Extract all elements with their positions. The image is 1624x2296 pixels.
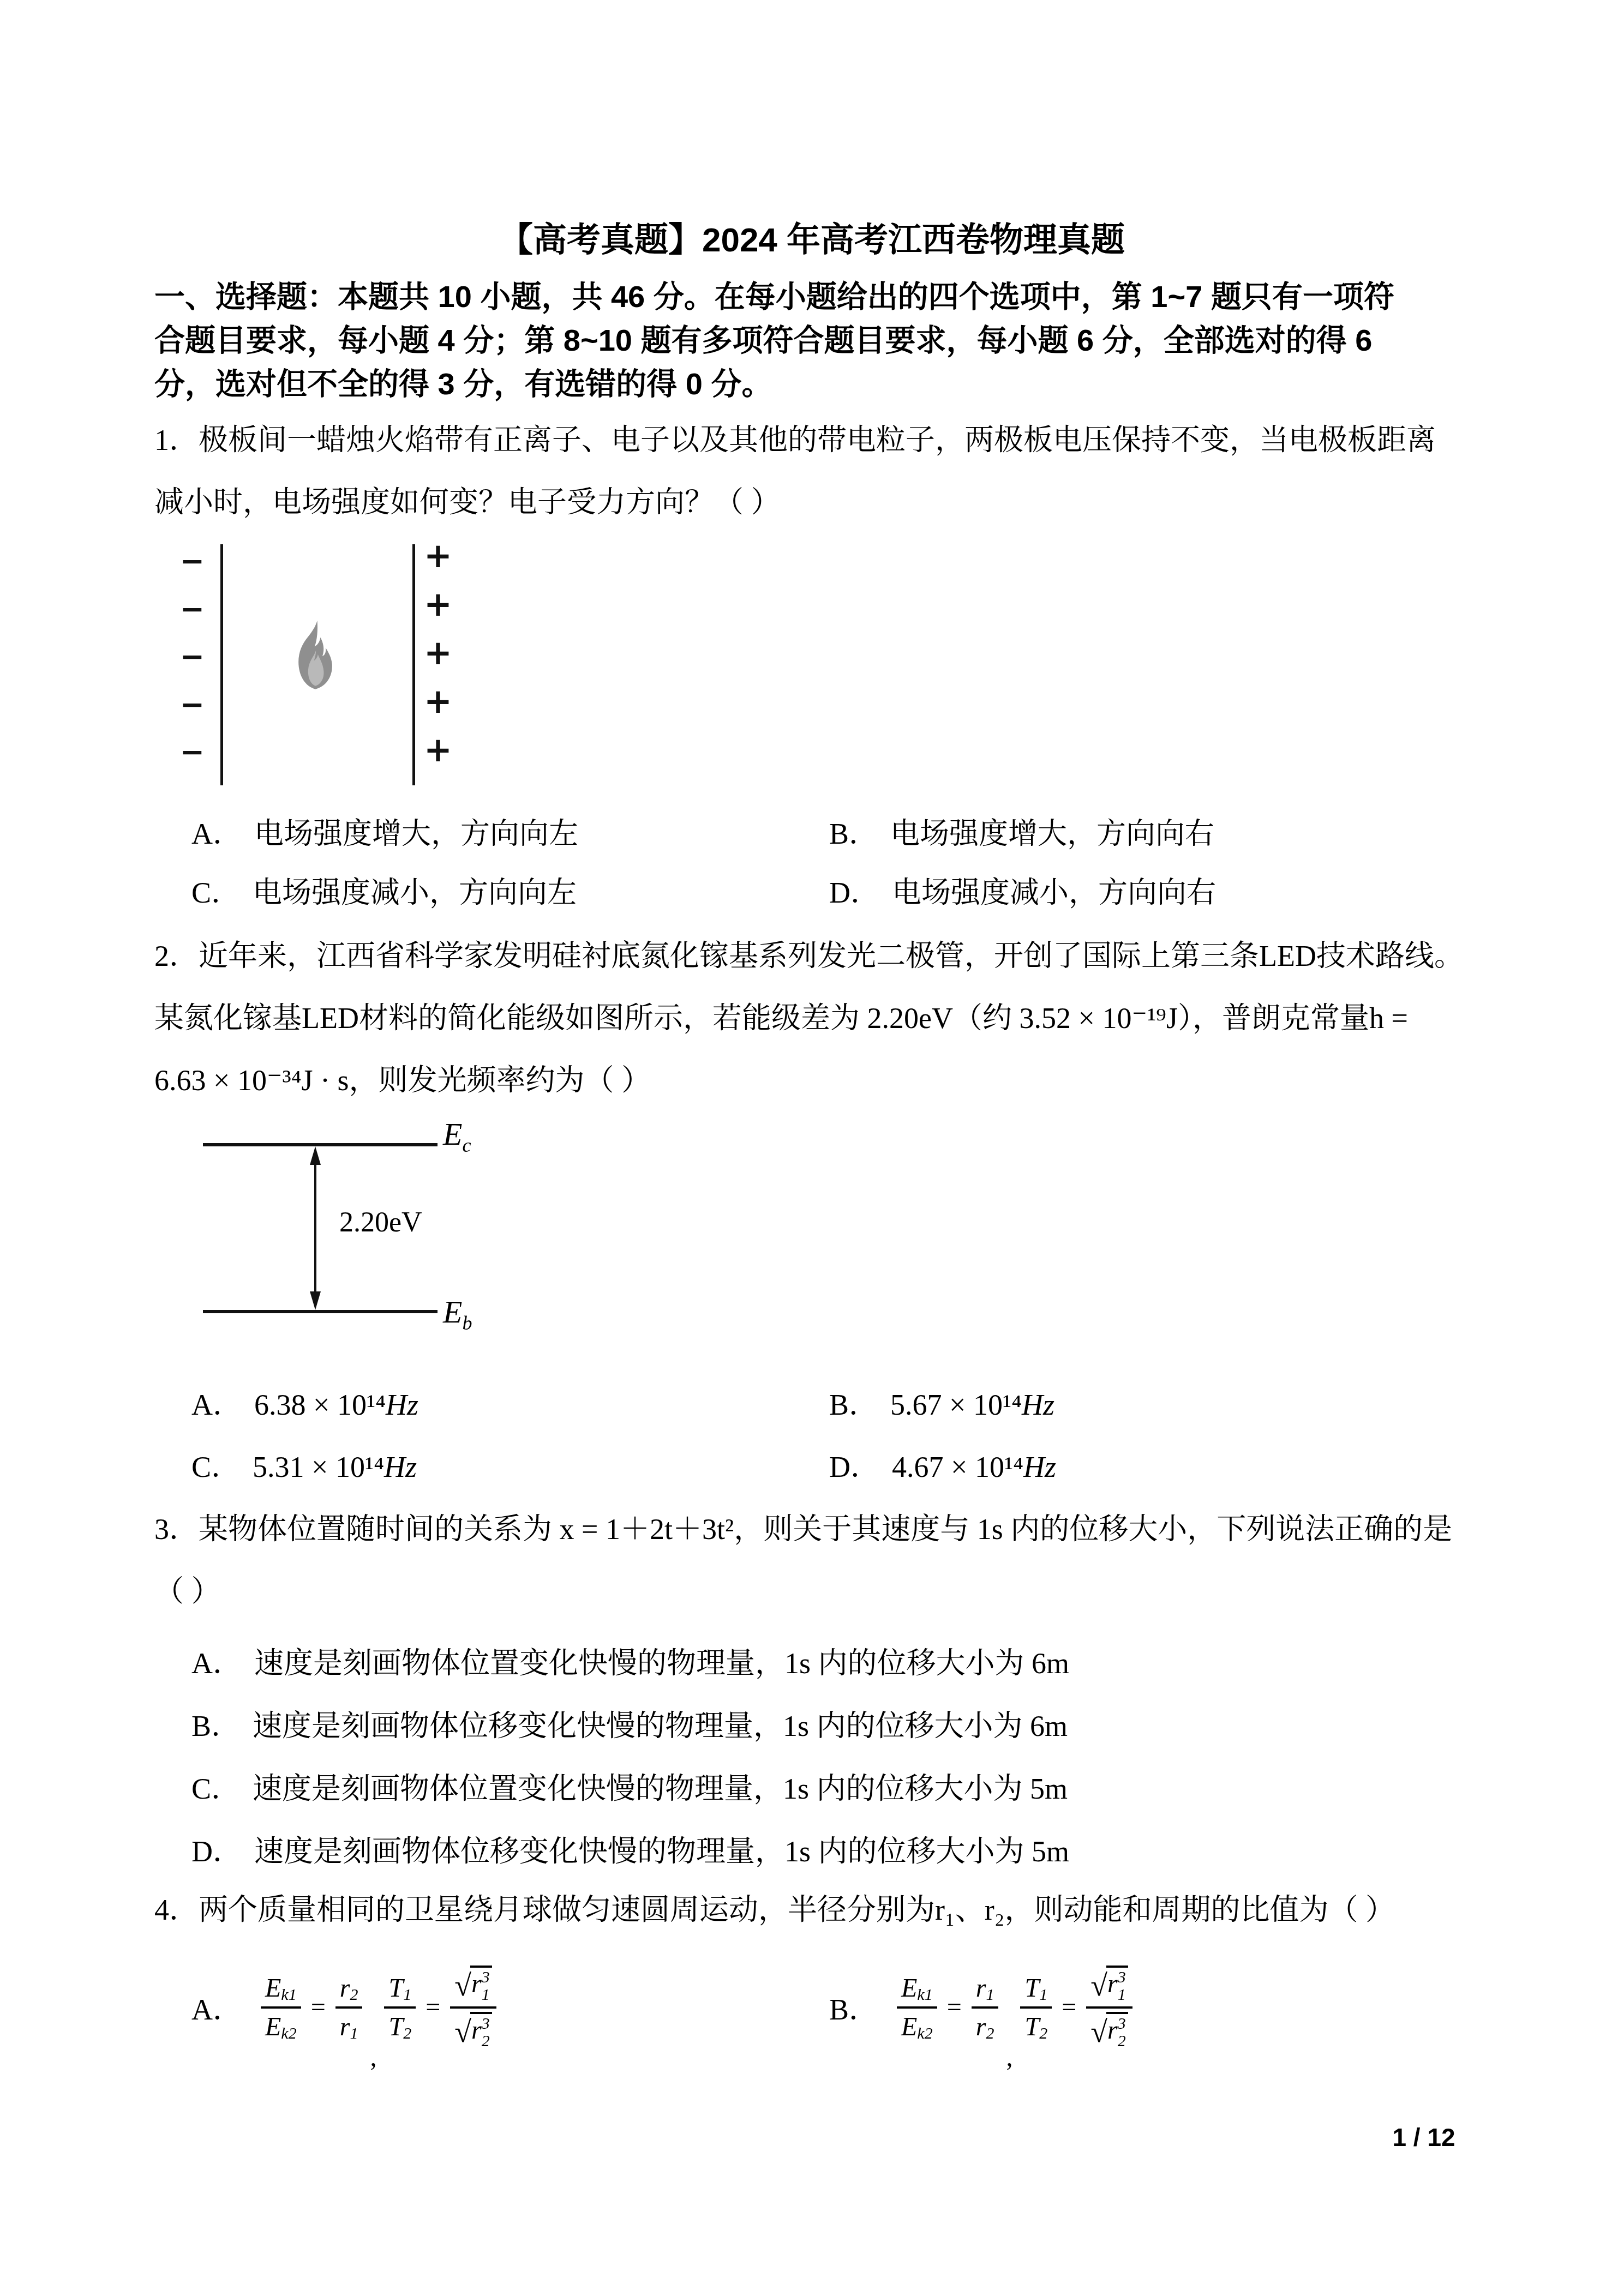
option-q3-d: D．速度是刻画物体位移变化快慢的物理量，1s 内的位移大小为 5m — [191, 1834, 1069, 1870]
equals-sign: = — [311, 1992, 326, 2022]
option-unit: Hz — [1022, 1389, 1054, 1421]
positive-charges-column: + + + + + — [419, 539, 457, 767]
minus-sign: − — [179, 690, 204, 719]
option-q3-b: B．速度是刻画物体位移变化快慢的物理量，1s 内的位移大小为 6m — [191, 1709, 1068, 1744]
option-q2-b: B．5.67 × 10¹⁴Hz — [829, 1387, 1054, 1423]
fraction-ek: Ek1 Ek2 — [261, 1972, 301, 2042]
page-number: 1 / 12 — [1347, 2123, 1500, 2152]
option-label: A． — [191, 1986, 242, 2028]
option-label: B． — [829, 1986, 878, 2028]
minus-sign: − — [179, 642, 204, 671]
option-text: 电场强度增大，方向向左 — [254, 818, 578, 850]
option-label: C． — [191, 876, 241, 909]
option-value: 5.31 × 10¹⁴ — [253, 1451, 384, 1483]
minus-sign: − — [179, 594, 204, 624]
option-label: D． — [829, 876, 880, 909]
option-label: B． — [829, 1389, 878, 1421]
option-q1-d: D．电场强度减小，方向向右 — [829, 875, 1216, 911]
plus-sign: + — [424, 587, 452, 621]
double-arrow-icon — [303, 1146, 327, 1310]
option-unit: Hz — [384, 1451, 417, 1483]
plus-sign: + — [424, 684, 452, 718]
page-title: 【高考真题】2024 年高考江西卷物理真题 — [0, 213, 1624, 261]
fraction-r: r1 r2 — [972, 1972, 999, 2042]
option-text: 电场强度减小，方向向左 — [253, 876, 577, 909]
option-text: 电场强度增大，方向向右 — [890, 818, 1214, 850]
fraction-sqrt-r: √r31 √r32 — [450, 1964, 496, 2049]
option-q3-a: A．速度是刻画物体位置变化快慢的物理量，1s 内的位移大小为 6m — [191, 1646, 1069, 1681]
question-4-text-line: 4．两个质量相同的卫星绕月球做匀速圆周运动，半径分别为r₁、r₂，则动能和周期的… — [154, 1892, 1395, 1928]
option-unit: Hz — [1023, 1451, 1056, 1483]
option-label: A． — [191, 1647, 242, 1680]
minus-sign: − — [179, 737, 204, 767]
option-value: 5.67 × 10¹⁴ — [890, 1389, 1022, 1421]
section-header-line: 合题目要求，每小题 4 分；第 8~10 题有多项符合题目要求，每小题 6 分，… — [154, 323, 1372, 358]
equals-sign: = — [426, 1992, 440, 2022]
option-label: B． — [191, 1710, 241, 1742]
option-q4-a: A． Ek1 Ek2 = r2 r1 , T1 T2 = √r31 √r32 — [191, 1942, 501, 2072]
option-q2-a: A．6.38 × 10¹⁴Hz — [191, 1387, 418, 1423]
option-text: 电场强度减小，方向向右 — [892, 876, 1216, 909]
comma-separator: , — [1006, 2042, 1012, 2072]
question-1-text-line: 1．极板间一蜡烛火焰带有正离子、电子以及其他的带电粒子，两极板电压保持不变，当电… — [154, 423, 1436, 458]
energy-level-bottom-label: Eb — [443, 1294, 472, 1335]
equals-sign: = — [947, 1992, 962, 2022]
option-label: C． — [191, 1772, 241, 1805]
option-label: A． — [191, 1389, 242, 1421]
option-text: 速度是刻画物体位置变化快慢的物理量，1s 内的位移大小为 5m — [253, 1772, 1068, 1805]
option-label: D． — [191, 1835, 242, 1868]
option-q1-c: C．电场强度减小，方向向左 — [191, 875, 577, 911]
plus-sign: + — [424, 636, 452, 670]
section-header-line: 一、选择题：本题共 10 小题，共 46 分。在每小题给出的四个选项中，第 1~… — [154, 279, 1394, 314]
option-text: 速度是刻画物体位移变化快慢的物理量，1s 内的位移大小为 6m — [253, 1710, 1068, 1742]
fraction-t: T1 T2 — [384, 1972, 416, 2042]
energy-level-bottom-line — [203, 1310, 438, 1313]
comma-separator: , — [370, 2042, 376, 2072]
energy-level-top-label: Ec — [443, 1116, 471, 1157]
question-3-text-line: （ ） — [154, 1574, 221, 1609]
option-text: 速度是刻画物体位移变化快慢的物理量，1s 内的位移大小为 5m — [254, 1835, 1069, 1868]
option-value: 6.38 × 10¹⁴ — [254, 1389, 386, 1421]
option-label: A． — [191, 818, 242, 850]
option-q2-d: D．4.67 × 10¹⁴Hz — [829, 1450, 1056, 1485]
fraction-sqrt-r: √r31 √r32 — [1086, 1964, 1132, 2049]
question-1-text-line: 减小时，电场强度如何变？电子受力方向？（ ） — [154, 485, 781, 520]
option-q1-a: A．电场强度增大，方向向左 — [191, 816, 578, 852]
option-q1-b: B．电场强度增大，方向向右 — [829, 816, 1214, 852]
fraction-t: T1 T2 — [1020, 1972, 1052, 2042]
equals-sign: = — [1062, 1992, 1076, 2022]
option-q4-b: B． Ek1 Ek2 = r1 r2 , T1 T2 = √r31 √r32 — [829, 1942, 1137, 2072]
minus-sign: − — [179, 546, 204, 576]
fraction-ek: Ek1 Ek2 — [897, 1972, 937, 2042]
option-label: C． — [191, 1451, 241, 1483]
flame-icon — [296, 621, 335, 690]
question-3-text-line: 3．某物体位置随时间的关系为 x = 1＋2t＋3t²，则关于其速度与 1s 内… — [154, 1512, 1452, 1547]
energy-gap-label: 2.20eV — [339, 1206, 422, 1239]
option-q2-c: C．5.31 × 10¹⁴Hz — [191, 1450, 417, 1485]
question-2-text-line: 某氮化镓基LED材料的简化能级如图所示，若能级差为 2.20eV（约 3.52 … — [154, 1001, 1408, 1036]
option-label: D． — [829, 1451, 880, 1483]
plus-sign: + — [424, 539, 452, 573]
option-unit: Hz — [386, 1389, 418, 1421]
question-2-text-line: 6.63 × 10⁻³⁴J · s，则发光频率约为（ ） — [154, 1063, 651, 1098]
capacitor-plate-left — [220, 544, 223, 785]
negative-charges-column: − − − − − — [175, 546, 209, 767]
question-2-text-line: 2．近年来，江西省科学家发明硅衬底氮化镓基系列发光二极管，开创了国际上第三条LE… — [154, 939, 1464, 974]
option-value: 4.67 × 10¹⁴ — [892, 1451, 1023, 1483]
option-text: 速度是刻画物体位置变化快慢的物理量，1s 内的位移大小为 6m — [254, 1647, 1069, 1680]
capacitor-plate-right — [412, 544, 415, 785]
option-q3-c: C．速度是刻画物体位置变化快慢的物理量，1s 内的位移大小为 5m — [191, 1771, 1068, 1807]
fraction-r: r2 r1 — [335, 1972, 363, 2042]
section-header-line: 分，选对但不全的得 3 分，有选错的得 0 分。 — [154, 366, 772, 401]
exam-document-page: 【高考真题】2024 年高考江西卷物理真题 一、选择题：本题共 10 小题，共 … — [0, 0, 1624, 2296]
option-label: B． — [829, 818, 878, 850]
plus-sign: + — [424, 733, 452, 767]
